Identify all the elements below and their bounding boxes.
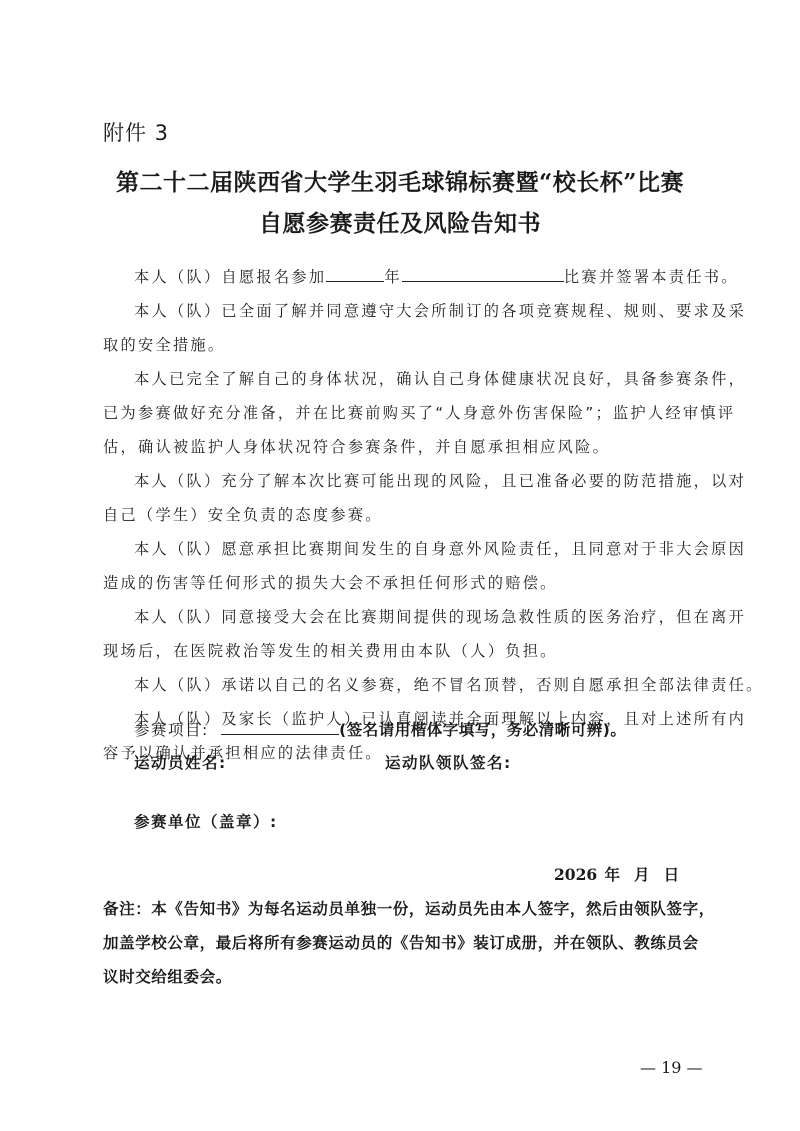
p1-text-c: 比赛并签署本责任书。 (564, 268, 739, 286)
note-line2: 加盖学校公章，最后将所有参赛运动员的《告知书》装订成册，并在领队、教练员会 (103, 931, 713, 953)
p1-text-b: 年 (384, 268, 402, 286)
paragraph-2-line2: 取的安全措施。 (103, 334, 225, 355)
leader-sign-label: 运动队领队签名: (385, 754, 512, 772)
date-day: 日 (664, 865, 680, 884)
paragraph-4-line2: 自己（学生）安全负责的态度参赛。 (103, 504, 383, 525)
paragraph-3-line2: 已为参赛做好充分准备，并在比赛前购买了“人身意外伤害保险”；监护人经审慎评 (103, 402, 735, 423)
event-input-field[interactable] (221, 720, 339, 735)
page-number: — 19 — (640, 1058, 703, 1077)
note-line3: 议时交给组委会。 (103, 965, 713, 987)
paragraph-3-line1: 本人已完全了解自己的身体状况，确认自己身体健康状况良好，具备参赛条件， (134, 368, 746, 389)
date-year: 2026 年 (554, 865, 620, 884)
paragraph-4-line1: 本人（队）充分了解本次比赛可能出现的风险，且已准备必要的防范措施，以对 (134, 470, 746, 491)
leader-sign-row: 运动队领队签名: (385, 751, 512, 773)
paragraph-3-line3: 估，确认被监护人身体状况符合参赛条件，并自愿承担相应风险。 (103, 436, 610, 457)
paragraph-6-line1: 本人（队）同意接受大会在比赛期间提供的现场急救性质的医务治疗，但在离开 (134, 606, 746, 627)
paragraph-6-line2: 现场后，在医院救治等发生的相关费用由本队（人）负担。 (103, 640, 558, 661)
p1-text-a: 本人（队）自愿报名参加 (134, 268, 326, 286)
note-line1: 备注：本《告知书》为每名运动员单独一份，运动员先由本人签字，然后由领队签字， (103, 897, 713, 919)
document-page: 附件 3 第二十二届陕西省大学生羽毛球锦标赛暨“校长杯”比赛 自愿参赛责任及风险… (0, 0, 800, 1131)
event-note: (签名请用楷体字填写，务必清晰可辨)。 (339, 721, 626, 739)
paragraph-2-line1: 本人（队）已全面了解并同意遵守大会所制订的各项竞赛规程、规则、要求及采 (134, 300, 746, 321)
document-body: 本人（队）自愿报名参加年比赛并签署本责任书。 本人（队）已全面了解并同意遵守大会… (103, 0, 703, 720)
year-blank-field[interactable] (326, 267, 384, 282)
athlete-name-row: 运动员姓名: (134, 751, 227, 773)
date-line: 2026 年月日 (554, 863, 693, 885)
unit-seal-label: 参赛单位（盖章）: (134, 813, 278, 831)
event-label: 参赛项目: (134, 721, 209, 739)
athlete-name-label: 运动员姓名: (134, 754, 227, 772)
unit-row: 参赛单位（盖章）: (134, 810, 278, 832)
paragraph-5-line2: 造成的伤害等任何形式的损失大会不承担任何形式的赔偿。 (103, 572, 558, 593)
competition-name-blank-field[interactable] (402, 267, 564, 282)
paragraph-1: 本人（队）自愿报名参加年比赛并签署本责任书。 (134, 266, 739, 287)
paragraph-7-line1: 本人（队）承诺以自己的名义参赛，绝不冒名顶替，否则自愿承担全部法律责任。 (134, 674, 764, 695)
paragraph-5-line1: 本人（队）愿意承担比赛期间发生的自身意外风险责任，且同意对于非大会原因 (134, 538, 746, 559)
date-month: 月 (634, 865, 650, 884)
event-row: 参赛项目: (签名请用楷体字填写，务必清晰可辨)。 (134, 718, 626, 740)
